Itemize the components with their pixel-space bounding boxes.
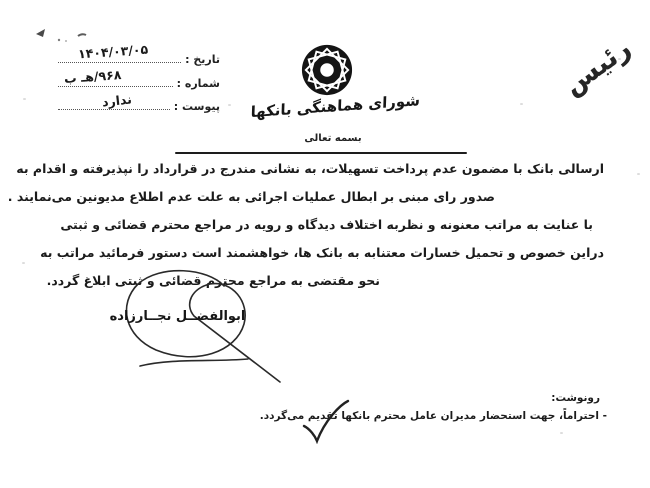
scan-speckle	[22, 262, 25, 264]
handwritten-checkmark-icon	[298, 398, 352, 444]
signatory-name: ابوالفضــل نجــارزاده	[100, 309, 255, 324]
scan-speckle	[520, 103, 523, 105]
handwritten-chief-annotation: رئیس	[529, 33, 636, 123]
attachment-label: پیوست :	[174, 100, 220, 113]
scan-speckle	[618, 58, 621, 60]
number-field-row: شماره : ۹۶۸/هـ ب	[58, 74, 220, 90]
body-line-2: صدور رای مبنی بر ابطال عملیات اجرائی به …	[125, 189, 495, 211]
twelve-point-star-emblem-icon	[300, 43, 354, 97]
scan-speckle	[228, 104, 231, 106]
body-line-4: دراین خصوص و تحمیل خسارات معتنابه به بان…	[56, 245, 604, 267]
scan-speckle	[637, 173, 640, 175]
scanned-letter-page: تاریخ : ۱۴۰۴/۰۳/۰۵ شماره : ۹۶۸/هـ ب پیوس…	[0, 0, 650, 488]
header-rule	[175, 152, 467, 154]
date-label: تاریخ :	[185, 53, 220, 66]
scan-speckle	[560, 432, 563, 434]
attachment-field-row: پیوست : ندارد	[58, 97, 220, 113]
stray-ink-marks	[28, 26, 106, 46]
date-field-row: تاریخ : ۱۴۰۴/۰۳/۰۵	[58, 50, 220, 66]
body-line-3: با عنایت به مراتب معنونه و نظربه اختلاف …	[95, 217, 593, 239]
cc-heading: رونوشت:	[551, 392, 600, 404]
invocation-text: بسمه تعالی	[283, 133, 383, 144]
number-label: شماره :	[177, 77, 220, 90]
scan-speckle	[23, 98, 26, 100]
handwritten-signature	[112, 266, 360, 386]
attachment-handwritten-value: ندارد	[101, 91, 132, 109]
body-line-1: ارسالی بانک با مضمون عدم پرداخت تسهیلات،…	[56, 161, 604, 183]
org-name-calligraphy: شورای هماهنگی بانکها	[255, 91, 421, 133]
